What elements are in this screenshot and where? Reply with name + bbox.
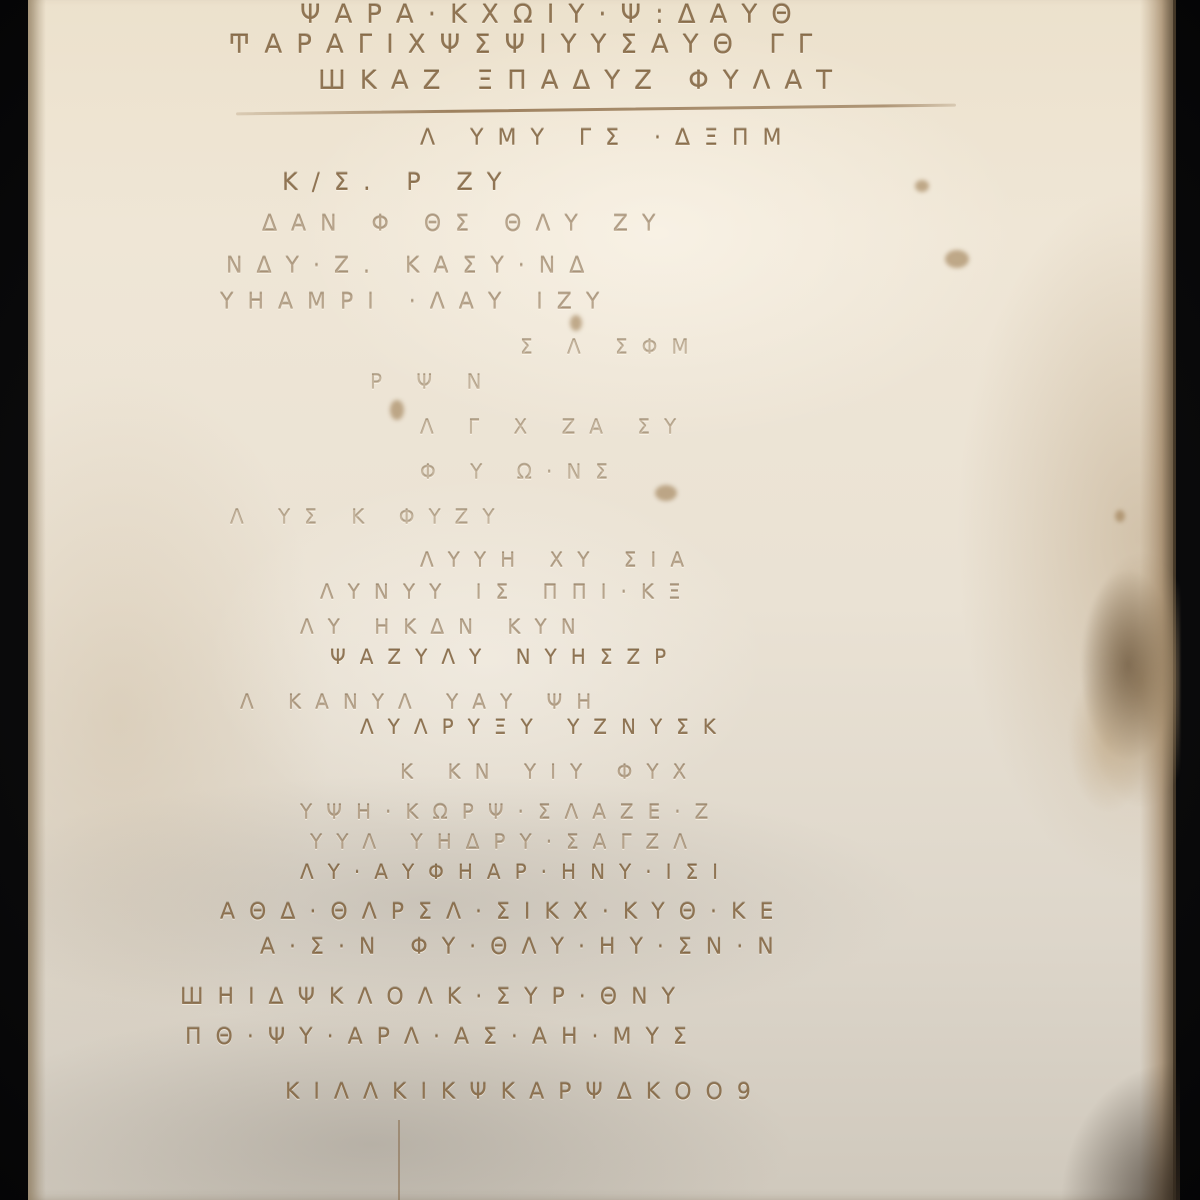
inscription-line: Α·Σ·Ν ΦΥ·ΘΛΥ·ΗΥ·ΣΝ·Ν <box>260 935 788 960</box>
inscription: ΨΑΡΑ·ΚΧΩΙΥ·Ψ:ΔΑΥΘͲΑΡΑΓΙΧΨΣΨΙΥΥΣΑΥΘ ΓΓШΚΑ… <box>0 0 1200 1200</box>
inscription-line: ΛΥΥΗ ΧΥ ΣΙΑ <box>420 548 698 572</box>
inscription-line: ΨΑΖΥΛΥ ΝΥΗΣΖΡ <box>330 645 680 669</box>
inscription-line: Ρ Ψ Ν <box>370 370 495 394</box>
inscription-line: Φ Υ Ω·ΝΣ <box>420 460 622 484</box>
inscription-line: Κ/Σ. Ρ ΖΥ <box>282 168 515 196</box>
inscription-line: ΥΥΛ ΥΗΔΡΥ·ΣΑΓΖΛ <box>310 830 701 854</box>
inscription-line: ΥΨΗ·ΚΩΡΨ·ΣΛΑΖΕ·Ζ <box>300 800 722 824</box>
inscription-line: ΠΘ·ΨΥ·ΑΡΛ·ΑΣ·ΑΗ·ΜΥΣ <box>185 1025 701 1050</box>
inscription-line: ͲΑΡΑΓΙΧΨΣΨΙΥΥΣΑΥΘ ΓΓ <box>228 30 826 60</box>
inscription-line: ΛΥ·ΑΥΦΗΑΡ·ΗΝΥ·ΙΣΙ <box>300 860 732 884</box>
inscription-line: Λ Γ Χ ΖΑ ΣΥ <box>420 415 690 439</box>
inscription-line: ΛΥΝΥΥ ΙΣ ΠΠΙ·ΚΞ <box>320 580 695 604</box>
inscription-line: ΑΘΔ·ΘΛΡΣΛ·ΣΙΚΧ·ΚΥΘ·ΚΕ <box>220 900 787 925</box>
inscription-line: Λ ΥΜΥ ΓΣ ·ΔΞΠΜ <box>420 126 796 151</box>
inscription-line: ΝΔΥ·Ζ. ΚΑΣΥ·ΝΔ <box>226 254 598 279</box>
inscription-line: ШΚΑΖ ΞΠΑΔΥΖ ΦΥΛΑΤ <box>318 66 846 96</box>
inscription-line: ΛΥΛΡΥΞΥ ΥΖΝΥΣΚ <box>360 715 730 739</box>
inscription-line: ШΗΙΔΨΚΛΟΛΚ·ΣΥΡ·ΘΝΥ <box>180 985 689 1010</box>
inscription-line: ΥΗΑΜΡΙ ·ΛΑΥ ΙΖΥ <box>220 290 613 315</box>
inscription-line: ΚΙΛΛΚΙΚΨΚΑΡΨΔΚΟΟ9 <box>285 1080 765 1105</box>
inscription-line: ΔΑΝ Φ ΘΣ ΘΛΥ ΖΥ <box>262 212 669 237</box>
inscription-line: Κ ΚΝ ΥΙΥ ΦΥΧ <box>400 760 700 784</box>
inscription-line: ΨΑΡΑ·ΚΧΩΙΥ·Ψ:ΔΑΥΘ <box>300 0 806 30</box>
inscription-line: Σ Λ ΣΦΜ <box>520 335 703 359</box>
inscription-line: Λ ΚΑΝΥΛ ΥΑΥ ΨΗ <box>240 690 605 714</box>
inscription-line: Λ ΥΣ Κ ΦΥΖΥ <box>230 505 509 529</box>
inscription-line: ΛΥ ΗΚΔΝ ΚΥΝ <box>300 615 590 639</box>
